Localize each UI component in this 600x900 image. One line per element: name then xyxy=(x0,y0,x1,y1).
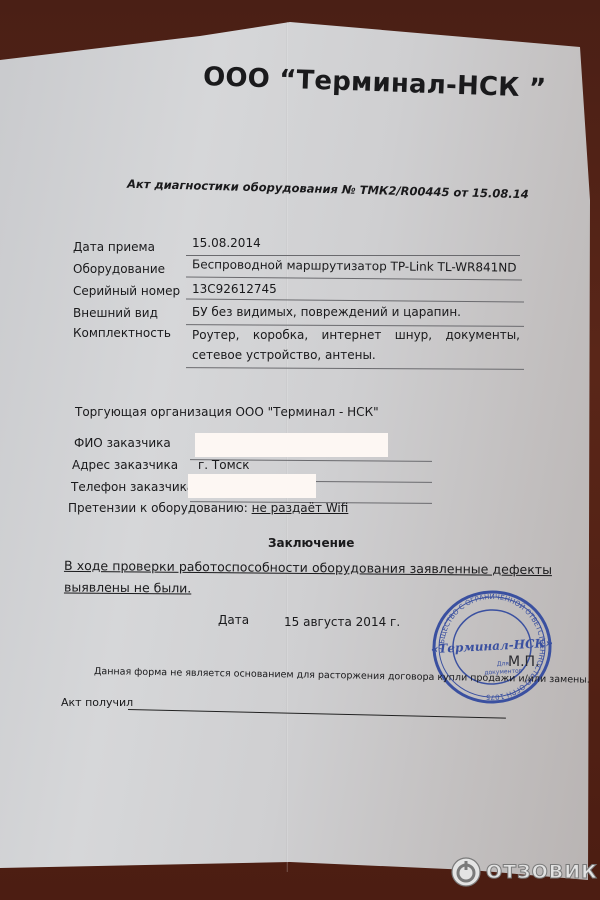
claims-label: Претензии к оборудованию: xyxy=(68,501,248,515)
company-title: ООО “Терминал-НСК ” xyxy=(203,62,547,104)
conclusion-heading: Заключение xyxy=(268,536,354,550)
watermark-text: ОТЗОВИК xyxy=(486,861,598,883)
claims-value: не раздаёт Wifi xyxy=(252,501,349,515)
signature-date-label: Дата xyxy=(218,613,249,627)
date-received-value: 15.08.2014 xyxy=(192,236,261,250)
company-stamp: ОБЩЕСТВО С ОГРАНИЧЕННОЙ ОТВЕТСТВЕННОСТЬЮ… xyxy=(427,585,557,709)
serial-label: Серийный номер xyxy=(73,284,180,298)
trading-org: Торгующая организация ООО "Терминал - НС… xyxy=(75,405,379,419)
serial-value: 13C92612745 xyxy=(192,282,277,296)
rule xyxy=(186,277,522,281)
diagnostic-act-document: ООО “Терминал-НСК ” Акт диагностики обор… xyxy=(0,0,600,900)
claims: Претензии к оборудованию: не раздаёт Wif… xyxy=(68,501,348,515)
stamp-placeholder-mp: М.П. xyxy=(508,654,540,670)
customer-name-redacted xyxy=(195,433,388,457)
conclusion-line2: выявлены не были. xyxy=(64,579,191,595)
kit-label: Комплектность xyxy=(73,326,171,340)
customer-address-label: Адрес заказчика xyxy=(72,458,178,472)
act-title: Акт диагностики оборудования № ТМК2/R004… xyxy=(127,177,529,202)
kit-value-line1: Роутер, коробка, интернет шнур, документ… xyxy=(192,328,520,342)
date-received-label: Дата приема xyxy=(73,240,155,254)
equipment-value: Беспроводной маршрутизатор TP-Link TL-WR… xyxy=(192,257,517,274)
equipment-label: Оборудование xyxy=(73,262,165,276)
otzovik-logo-icon xyxy=(450,856,482,888)
customer-phone-label: Телефон заказчика xyxy=(71,480,194,494)
customer-name-label: ФИО заказчика xyxy=(74,436,171,450)
rule xyxy=(186,367,524,370)
appearance-value: БУ без видимых, повреждений и царапин. xyxy=(192,305,461,319)
otzovik-watermark: ОТЗОВИК xyxy=(450,856,598,888)
customer-address-value: г. Томск xyxy=(198,458,250,472)
kit-value-line2: сетевое устройство, антены. xyxy=(192,348,376,362)
received-by-label: Акт получил xyxy=(61,696,133,709)
signature-date-value: 15 августа 2014 г. xyxy=(284,615,400,629)
rule xyxy=(186,324,524,327)
rule xyxy=(186,299,524,303)
appearance-label: Внешний вид xyxy=(73,306,158,320)
customer-phone-redacted xyxy=(188,474,316,498)
conclusion-line1: В ходе проверки работоспособности оборуд… xyxy=(64,558,552,577)
rule xyxy=(186,255,520,256)
received-signature-line xyxy=(128,709,506,719)
